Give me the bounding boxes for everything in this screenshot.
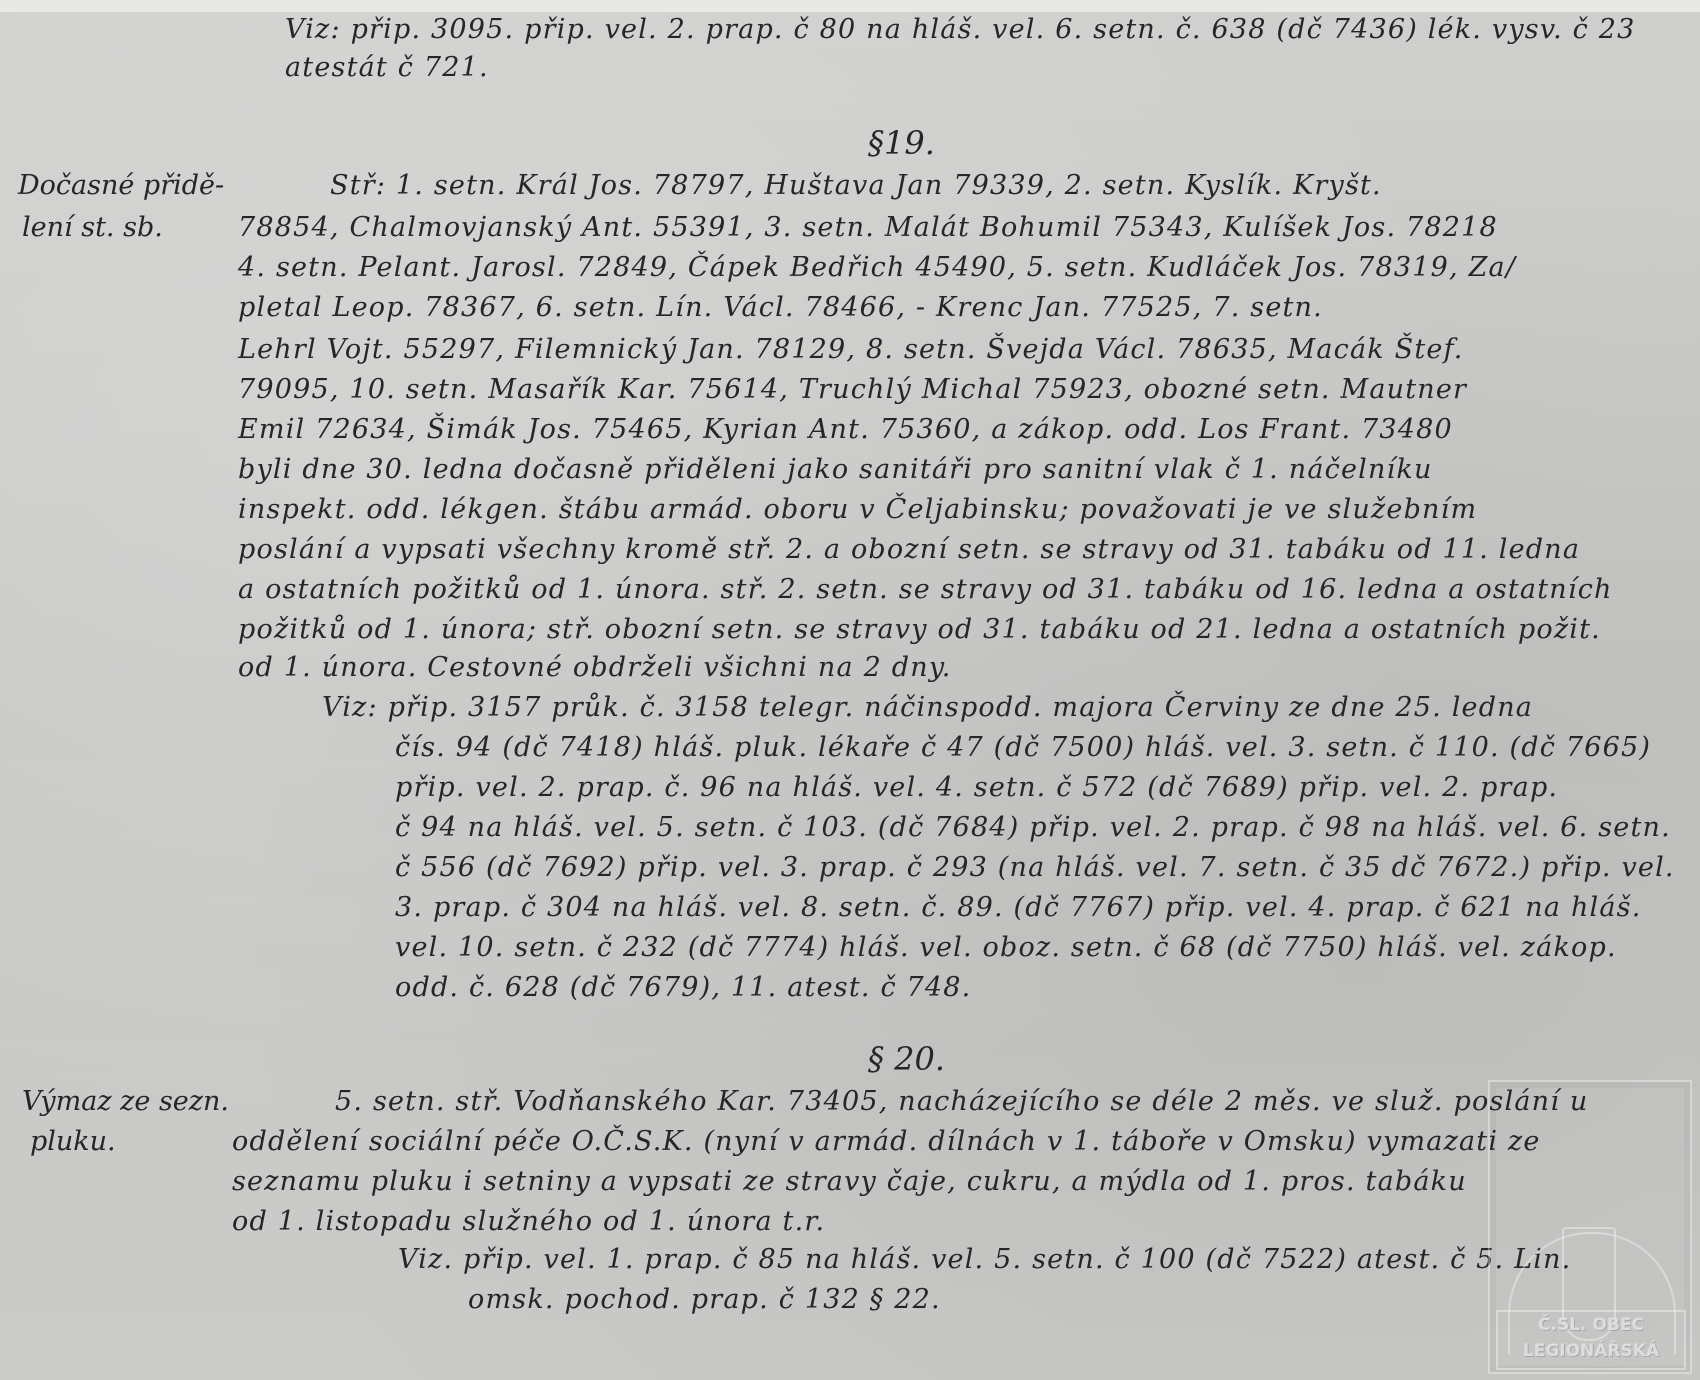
section-19-body-line: a ostatních požitků od 1. února. stř. 2.… (238, 574, 1613, 605)
watermark-line-2: LEGIONÁŘSKÁ (1498, 1338, 1684, 1364)
section-19-reference-line: Viz: přip. 3157 průk. č. 3158 telegr. ná… (322, 692, 1533, 723)
section-19-body-line: od 1. února. Cestovné obdrželi všichni n… (238, 652, 951, 683)
section-19-body-line: pletal Leop. 78367, 6. setn. Lín. Václ. … (238, 292, 1323, 323)
section-19-reference-line: č 94 na hláš. vel. 5. setn. č 103. (dč 7… (395, 812, 1671, 843)
section-20-margin-note-2: pluku. (30, 1126, 116, 1157)
section-19-reference-line: čís. 94 (dč 7418) hláš. pluk. lékaře č 4… (395, 732, 1651, 763)
section-20-body-line: od 1. listopadu služného od 1. února t.r… (232, 1206, 825, 1237)
section-20-body-line: 5. setn. stř. Vodňanského Kar. 73405, na… (335, 1086, 1588, 1117)
header-line-1: Viz: přip. 3095. přip. vel. 2. prap. č 8… (285, 14, 1636, 45)
section-19-body-line: Stř: 1. setn. Král Jos. 78797, Huštava J… (330, 170, 1382, 201)
section-19-reference-line: 3. prap. č 304 na hláš. vel. 8. setn. č.… (395, 892, 1642, 923)
section-19-body-line: byli dne 30. ledna dočasně přiděleni jak… (238, 454, 1433, 485)
section-19-body-line: Emil 72634, Šimák Jos. 75465, Kyrian Ant… (238, 414, 1453, 445)
watermark-label: Č.SL. OBEC LEGIONÁŘSKÁ (1496, 1310, 1686, 1370)
section-20-reference-line: Viz. přip. vel. 1. prap. č 85 na hláš. v… (398, 1244, 1571, 1275)
section-19-body-line: požitků od 1. února; stř. obozní setn. s… (238, 614, 1601, 645)
section-19-body-line: inspekt. odd. lékgen. štábu armád. oboru… (238, 494, 1477, 525)
scanned-page: Viz: přip. 3095. přip. vel. 2. prap. č 8… (0, 0, 1700, 1380)
section-19-reference-line: vel. 10. setn. č 232 (dč 7774) hláš. vel… (395, 932, 1617, 963)
section-19-margin-note-2: lení st. sb. (22, 212, 163, 243)
section-19-reference-line: odd. č. 628 (dč 7679), 11. atest. č 748. (395, 972, 971, 1003)
section-19-body-line: 79095, 10. setn. Masařík Kar. 75614, Tru… (238, 374, 1467, 405)
section-19-margin-note-1: Dočasné přidě- (18, 170, 224, 201)
legion-watermark-stamp: Č.SL. OBEC LEGIONÁŘSKÁ (1488, 1080, 1692, 1374)
watermark-line-1: Č.SL. OBEC (1498, 1312, 1684, 1338)
section-19-reference-line: přip. vel. 2. prap. č. 96 na hláš. vel. … (395, 772, 1558, 803)
section-19-body-line: 4. setn. Pelant. Jarosl. 72849, Čápek Be… (238, 252, 1516, 283)
section-20-body-line: oddělení sociální péče O.Č.S.K. (nyní v … (232, 1126, 1541, 1157)
section-20-margin-note-1: Výmaz ze sezn. (22, 1086, 229, 1117)
section-19-reference-line: č 556 (dč 7692) přip. vel. 3. prap. č 29… (395, 852, 1675, 883)
section-20-heading: § 20. (868, 1040, 945, 1078)
section-19-body-line: poslání a vypsati všechny kromě stř. 2. … (238, 534, 1580, 565)
section-19-body-line: Lehrl Vojt. 55297, Filemnický Jan. 78129… (238, 334, 1464, 365)
page-top-edge (0, 0, 1700, 12)
section-20-body-line: seznamu pluku i setniny a vypsati ze str… (232, 1166, 1467, 1197)
section-19-body-line: 78854, Chalmovjanský Ant. 55391, 3. setn… (238, 212, 1498, 243)
section-20-reference-line: omsk. pochod. prap. č 132 § 22. (468, 1284, 941, 1315)
header-line-2: atestát č 721. (285, 52, 489, 83)
section-19-heading: §19. (868, 124, 935, 162)
